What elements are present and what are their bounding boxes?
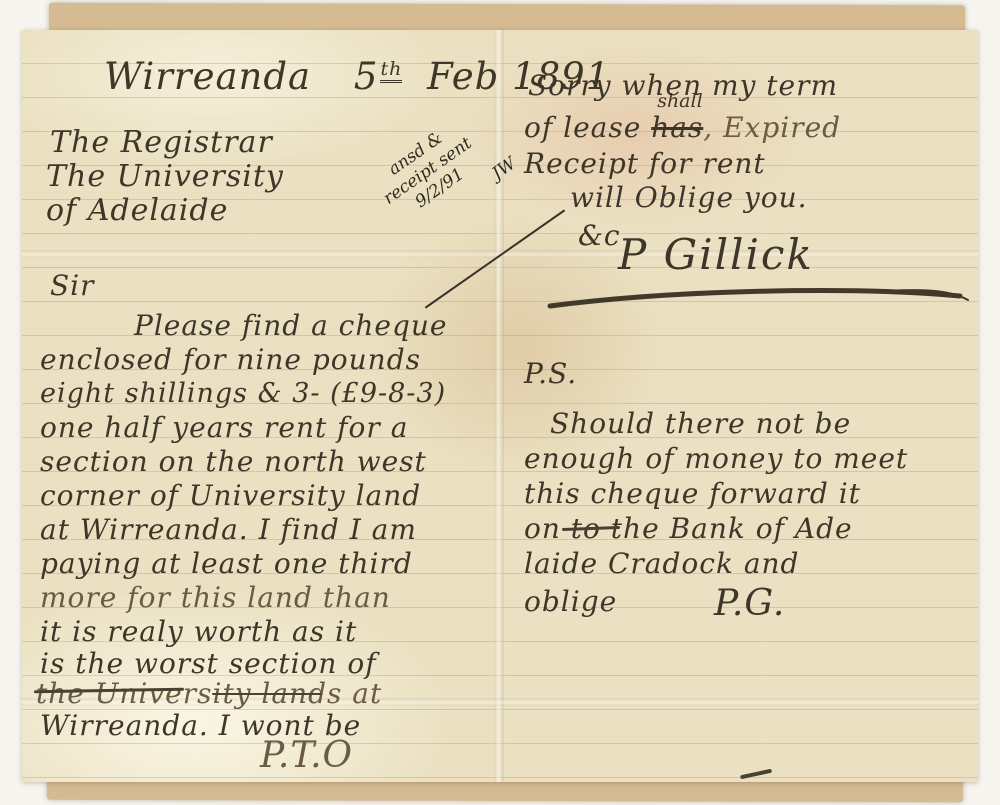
ps-line: Should there not be <box>550 410 851 438</box>
edited-word: hasshall <box>651 111 703 144</box>
inserted-word: shall <box>657 92 702 111</box>
body-line: is the worst section of <box>40 650 377 678</box>
body-line: Receipt for rent <box>524 150 766 178</box>
body-line: one half years rent for a <box>40 414 408 442</box>
struck-word: has <box>651 111 703 144</box>
ink-dash-mark <box>740 769 772 779</box>
body-line: eight shillings & 3- (£9-8-3) <box>40 380 446 407</box>
ps-closing: oblige <box>524 588 617 616</box>
dateline-place: Wirreanda <box>104 55 311 98</box>
et-cetera: &c <box>578 222 621 250</box>
body-line: will Oblige you. <box>570 184 808 212</box>
body-line: corner of University land <box>40 482 421 510</box>
ps-line: enough of money to meet <box>524 445 908 473</box>
postscript-label: P.S. <box>524 360 577 388</box>
page-turn-over: P.T.O <box>260 738 353 774</box>
scanned-letter: Wirreanda 5th Feb 1891 The Registrar The… <box>0 0 1000 805</box>
body-line: section on the north west <box>40 448 427 476</box>
signature-flourish <box>542 280 972 314</box>
ps-line: this cheque forward it <box>524 480 861 508</box>
ps-line: laide Cradock and <box>524 550 799 578</box>
dateline-day: 5 <box>354 55 379 98</box>
body-line: at Wirreanda. I find I am <box>40 516 417 544</box>
recipient-line: The Registrar <box>50 128 273 158</box>
salutation: Sir <box>50 272 95 300</box>
text-segment: , Expired <box>703 111 841 144</box>
ink-strike-stroke <box>212 693 322 695</box>
recipient-line: The University <box>46 162 284 192</box>
ps-initials: P.G. <box>714 586 785 622</box>
recipient-line: of Adelaide <box>46 196 228 226</box>
body-line: enclosed for nine pounds <box>40 346 421 374</box>
body-line: it is realy worth as it <box>40 618 357 646</box>
text-segment: of lease <box>524 111 651 144</box>
body-line: more for this land than <box>40 584 391 612</box>
letter-page: Wirreanda 5th Feb 1891 The Registrar The… <box>22 30 978 782</box>
body-line-with-edit: of lease hasshall, Expired <box>524 114 841 142</box>
signature: P Gillick <box>618 234 814 276</box>
body-line: paying at least one third <box>40 550 413 578</box>
body-line: Please find a cheque <box>134 312 447 340</box>
body-line-struck: the University lands at <box>36 680 382 708</box>
dateline-day-suffix: th <box>380 58 402 83</box>
